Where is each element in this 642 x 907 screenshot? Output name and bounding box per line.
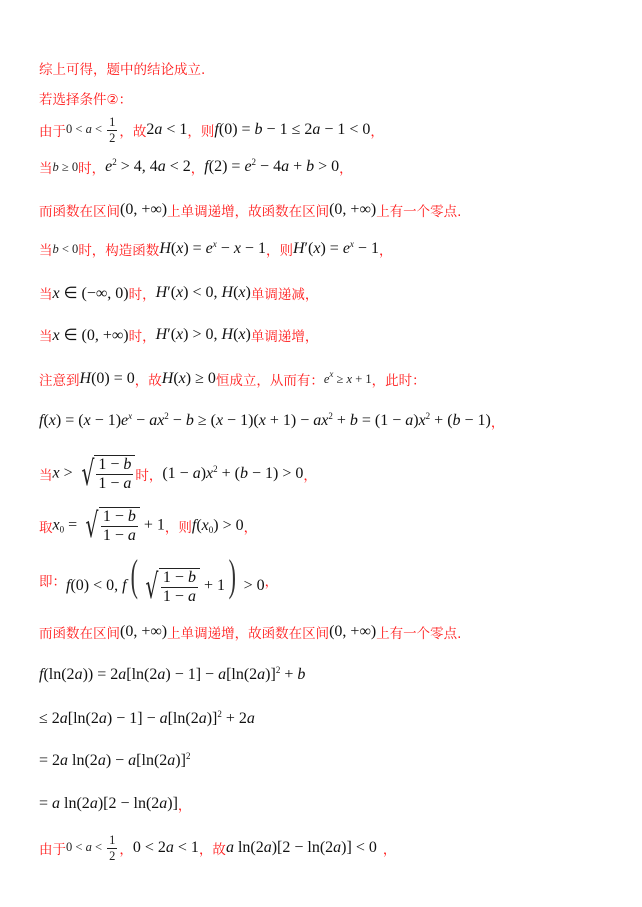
math-f-ln2a: f(ln(2a)) = 2a[ln(2a) − 1] − a[ln(2a)]2 … (39, 666, 305, 684)
label-comma: ， (491, 411, 505, 431)
math-e2-gt-4: e2 > 4, 4a < 2 (105, 158, 191, 176)
line-f0-negative: 由于 0 < a < 12 ，故 2a < 1 ，则 f(0) = b − 1 … (39, 112, 384, 148)
math-x-neg-interval: x ∈ (−∞, 0) (53, 283, 129, 303)
label-one-zero: 上有一个零点. (376, 200, 461, 220)
label-comma: ， (383, 838, 397, 858)
label-dang: 当 (39, 464, 53, 484)
math-fx0-pos: f(x0) > 0 (192, 517, 244, 535)
label-increasing: 单调递增， (251, 325, 319, 345)
math-quadratic-pos: (1 − a)x2 + (b − 1) > 0 (162, 465, 303, 483)
math-H-prime: H′(x) = ex − 1 (293, 240, 379, 258)
label-dang: 当 (39, 239, 53, 259)
math-b-ge-0: b ≥ 0 (53, 160, 79, 175)
math-sign-change: f(0) < 0, f(√1 − b1 − a + 1) > 0 (66, 554, 265, 605)
math-f2: f(2) = e2 − 4a + b > 0 (204, 158, 339, 176)
line-choose-x0: 取 x0 = √1 − b1 − a + 1 ，则 f(x0) > 0 ， (39, 505, 257, 547)
label-comma: ， (339, 157, 353, 177)
label-shi: 时， (129, 283, 156, 303)
label-gu: ，故 (199, 838, 226, 858)
math-x-pos-interval: x ∈ (0, +∞) (53, 325, 129, 345)
label-comma: ， (191, 157, 205, 177)
math-eq-step-1: = 2a ln(2a) − a[ln(2a)]2 (39, 752, 190, 770)
line-final-negative: 由于 0 < a < 12 ， 0 < 2a < 1 ，故 a ln(2a)[2… (39, 830, 396, 866)
label-always-holds: 恒成立，从而有： (216, 369, 324, 389)
math-H-def: H(x) = ex − x − 1 (159, 240, 266, 258)
line-monotonic-zero-2: 而函数在区间 (0, +∞) 上单调递增，故函数在区间 (0, +∞) 上有一个… (39, 617, 461, 647)
math-f0: f(0) = b − 1 ≤ 2a − 1 < 0 (214, 121, 370, 139)
line-f-ln2a: f(ln(2a)) = 2a[ln(2a) − 1] − a[ln(2a)]2 … (39, 660, 305, 690)
conclusion-line: 综上可得，题中的结论成立. (39, 53, 205, 83)
math-interval: (0, +∞) (120, 623, 167, 641)
math-x0-def: x0 = √1 − b1 − a + 1 (53, 507, 165, 545)
label-youyu: 由于 (39, 120, 66, 140)
label-ze: ，则 (266, 239, 293, 259)
math-fx-inequality: f(x) = (x − 1)ex − ax2 − b ≥ (x − 1)(x +… (39, 412, 491, 430)
math-interval: (0, +∞) (120, 201, 167, 219)
label-er-hanshu: 而函数在区间 (39, 622, 120, 642)
line-x-threshold: 当 x > √1 − b1 − a 时， (1 − a)x2 + (b − 1)… (39, 452, 317, 496)
math-b-lt-0: b < 0 (53, 242, 79, 257)
label-ze: ，则 (187, 120, 214, 140)
line-construct-H: 当 b < 0 时，构造函数 H(x) = ex − x − 1 ，则 H′(x… (39, 234, 392, 264)
math-2a-lt-1: 2a < 1 (146, 121, 187, 139)
line-b-nonneg: 当 b ≥ 0 时， e2 > 4, 4a < 2 ， f(2) = e2 − … (39, 152, 353, 182)
label-comma: ， (265, 570, 279, 590)
line-eq-step-2: = a ln(2a)[2 − ln(2a)] ， (39, 789, 191, 819)
line-H-nonneg: 注意到 H(0) = 0 ，故 H(x) ≥ 0 恒成立，从而有： ex ≥ x… (39, 364, 426, 394)
label-one-zero: 上有一个零点. (376, 622, 461, 642)
math-a-range: 0 < a < 12 (66, 834, 119, 862)
label-dang: 当 (39, 157, 53, 177)
condition-2-heading: 若选择条件②： (39, 83, 132, 113)
math-le-step: ≤ 2a[ln(2a) − 1] − a[ln(2a)]2 + 2a (39, 710, 255, 728)
label-comma: ， (303, 464, 317, 484)
label-comma: ， (178, 794, 192, 814)
math-ex-ge-x1: ex ≥ x + 1 (324, 372, 372, 387)
label-increasing: 上单调递增，故函数在区间 (167, 200, 329, 220)
label-gu: ，故 (119, 120, 146, 140)
label-youyu: 由于 (39, 838, 66, 858)
math-Hx-ge-0: H(x) ≥ 0 (162, 370, 216, 388)
condition-2-text: 若选择条件②： (39, 88, 132, 108)
line-le-step: ≤ 2a[ln(2a) − 1] − a[ln(2a)]2 + 2a (39, 704, 255, 734)
label-take: 取 (39, 516, 53, 536)
label-comma: ， (244, 516, 258, 536)
math-H0: H(0) = 0 (80, 370, 135, 388)
label-er-hanshu: 而函数在区间 (39, 200, 120, 220)
label-ze: ，则 (165, 516, 192, 536)
label-gu: ，故 (135, 369, 162, 389)
label-now: ，此时： (372, 369, 426, 389)
label-increasing: 上单调递增，故函数在区间 (167, 622, 329, 642)
document-page: 综上可得，题中的结论成立. 若选择条件②： 由于 0 < a < 12 ，故 2… (0, 0, 642, 907)
label-shi: 时， (135, 464, 162, 484)
line-H-decreasing: 当 x ∈ (−∞, 0) 时， H′(x) < 0, H(x) 单调递减， (39, 278, 318, 308)
math-x-gt-sqrt: x > √1 − b1 − a (53, 455, 136, 493)
math-interval: (0, +∞) (329, 623, 376, 641)
math-2a-range: 0 < 2a < 1 (133, 839, 199, 857)
label-shi: 时， (78, 157, 105, 177)
line-fx-bound: f(x) = (x − 1)ex − ax2 − b ≥ (x − 1)(x +… (39, 406, 504, 436)
line-H-increasing: 当 x ∈ (0, +∞) 时， H′(x) > 0, H(x) 单调递增， (39, 320, 318, 350)
line-monotonic-zero-1: 而函数在区间 (0, +∞) 上单调递增，故函数在区间 (0, +∞) 上有一个… (39, 195, 461, 225)
math-interval: (0, +∞) (329, 201, 376, 219)
label-dang: 当 (39, 325, 53, 345)
line-sign-change: 即： f(0) < 0, f(√1 − b1 − a + 1) > 0 ， (39, 556, 278, 604)
label-ie: 即： (39, 570, 66, 590)
label-shi: 时， (129, 325, 156, 345)
label-note: 注意到 (39, 369, 80, 389)
line-eq-step-1: = 2a ln(2a) − a[ln(2a)]2 (39, 746, 190, 776)
label-comma: ， (119, 838, 133, 858)
label-comma: ， (370, 120, 384, 140)
label-dang: 当 (39, 283, 53, 303)
math-final-neg: a ln(2a)[2 − ln(2a)] < 0 (226, 839, 377, 857)
conclusion-text: 综上可得，题中的结论成立. (39, 58, 205, 78)
label-decreasing: 单调递减， (251, 283, 319, 303)
label-construct: 时，构造函数 (78, 239, 159, 259)
math-eq-step-2: = a ln(2a)[2 − ln(2a)] (39, 795, 178, 813)
math-a-range: 0 < a < 12 (66, 116, 119, 144)
label-comma: ， (379, 239, 393, 259)
math-Hprime-pos: H′(x) > 0, H(x) (156, 326, 251, 344)
math-Hprime-neg: H′(x) < 0, H(x) (156, 284, 251, 302)
